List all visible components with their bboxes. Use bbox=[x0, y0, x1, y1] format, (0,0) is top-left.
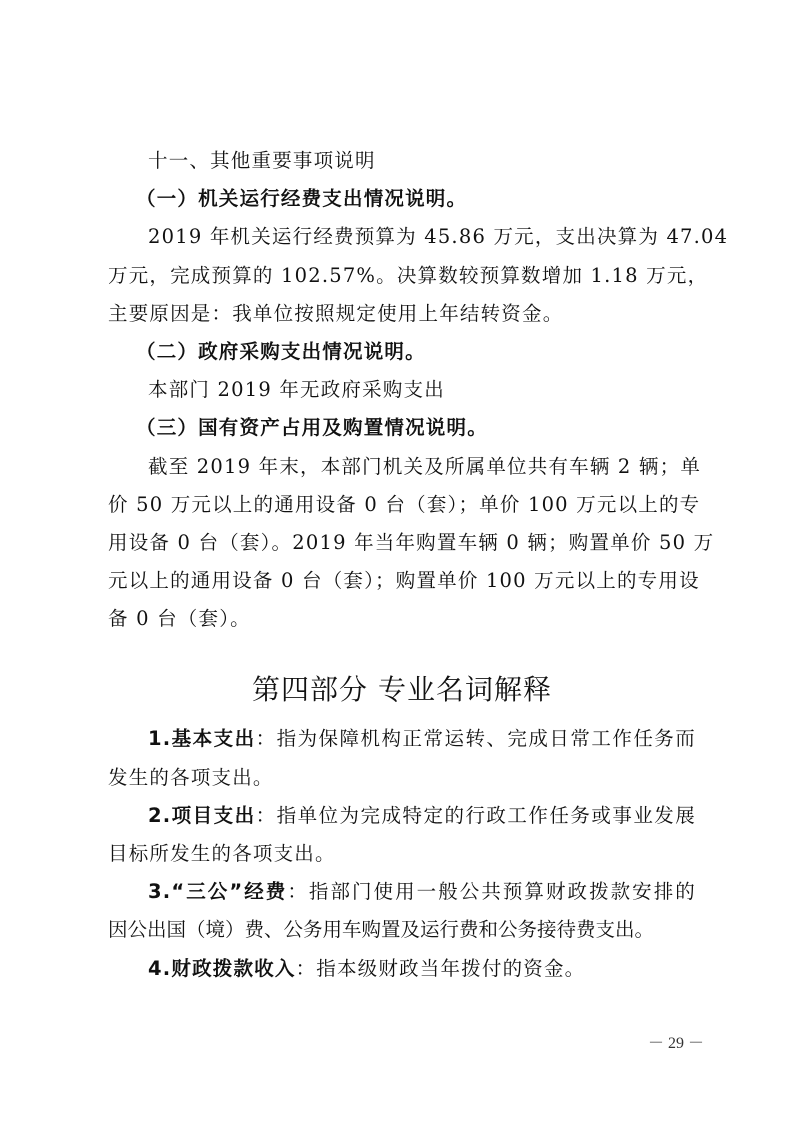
paragraph-line: 用设备 0 台（套）。2019 年当年购置车辆 0 辆；购置单价 50 万 bbox=[108, 524, 696, 562]
page-number: － 29 － bbox=[648, 1030, 704, 1053]
term-label: 4.财政拨款收入 bbox=[148, 957, 296, 980]
term-label: 3.“三公”经费 bbox=[148, 880, 287, 903]
term-definition: 2.项目支出：指单位为完成特定的行政工作任务或事业发展 bbox=[108, 797, 696, 835]
term-separator: ： bbox=[287, 880, 309, 903]
subsection-title-2: （二）政府采购支出情况说明。 bbox=[108, 333, 696, 371]
paragraph-line: 2019 年机关运行经费预算为 45.86 万元，支出决算为 47.04 bbox=[108, 218, 696, 256]
term-definition-cont: 发生的各项支出。 bbox=[108, 759, 696, 797]
section-heading: 十一、其他重要事项说明 bbox=[108, 142, 696, 180]
paragraph-line: 元以上的通用设备 0 台（套）；购置单价 100 万元以上的专用设 bbox=[108, 562, 696, 600]
term-text: 指部门使用一般公共预算财政拨款安排的 bbox=[309, 880, 696, 903]
paragraph-line: 截至 2019 年末，本部门机关及所属单位共有车辆 2 辆；单 bbox=[108, 448, 696, 486]
term-definition: 1.基本支出：指为保障机构正常运转、完成日常工作任务而 bbox=[108, 720, 696, 758]
term-definition-cont: 因公出国（境）费、公务用车购置及运行费和公务接待费支出。 bbox=[108, 911, 696, 949]
term-text: 指单位为完成特定的行政工作任务或事业发展 bbox=[277, 804, 696, 827]
paragraph-line: 本部门 2019 年无政府采购支出 bbox=[108, 371, 696, 409]
term-separator: ： bbox=[256, 727, 277, 750]
term-definition-cont: 目标所发生的各项支出。 bbox=[108, 835, 696, 873]
paragraph-line: 主要原因是：我单位按照规定使用上年结转资金。 bbox=[108, 295, 696, 333]
document-page: 十一、其他重要事项说明 （一）机关运行经费支出情况说明。 2019 年机关运行经… bbox=[108, 142, 696, 988]
term-label: 1.基本支出 bbox=[148, 727, 256, 750]
paragraph-line: 备 0 台（套）。 bbox=[108, 600, 696, 638]
part-title: 第四部分 专业名词解释 bbox=[108, 660, 696, 720]
subsection-title-3: （三）国有资产占用及购置情况说明。 bbox=[108, 409, 696, 447]
paragraph-line: 价 50 万元以上的通用设备 0 台（套）；单价 100 万元以上的专 bbox=[108, 486, 696, 524]
term-text: 指为保障机构正常运转、完成日常工作任务而 bbox=[277, 727, 696, 750]
term-definition: 4.财政拨款收入：指本级财政当年拨付的资金。 bbox=[108, 950, 696, 988]
term-text: 指本级财政当年拨付的资金。 bbox=[316, 957, 585, 980]
term-separator: ： bbox=[296, 957, 317, 980]
term-definition: 3.“三公”经费：指部门使用一般公共预算财政拨款安排的 bbox=[108, 873, 696, 911]
term-label: 2.项目支出 bbox=[148, 804, 256, 827]
subsection-title-1: （一）机关运行经费支出情况说明。 bbox=[108, 180, 696, 218]
term-separator: ： bbox=[256, 804, 277, 827]
paragraph-line: 万元，完成预算的 102.57%。决算数较预算数增加 1.18 万元， bbox=[108, 257, 696, 295]
